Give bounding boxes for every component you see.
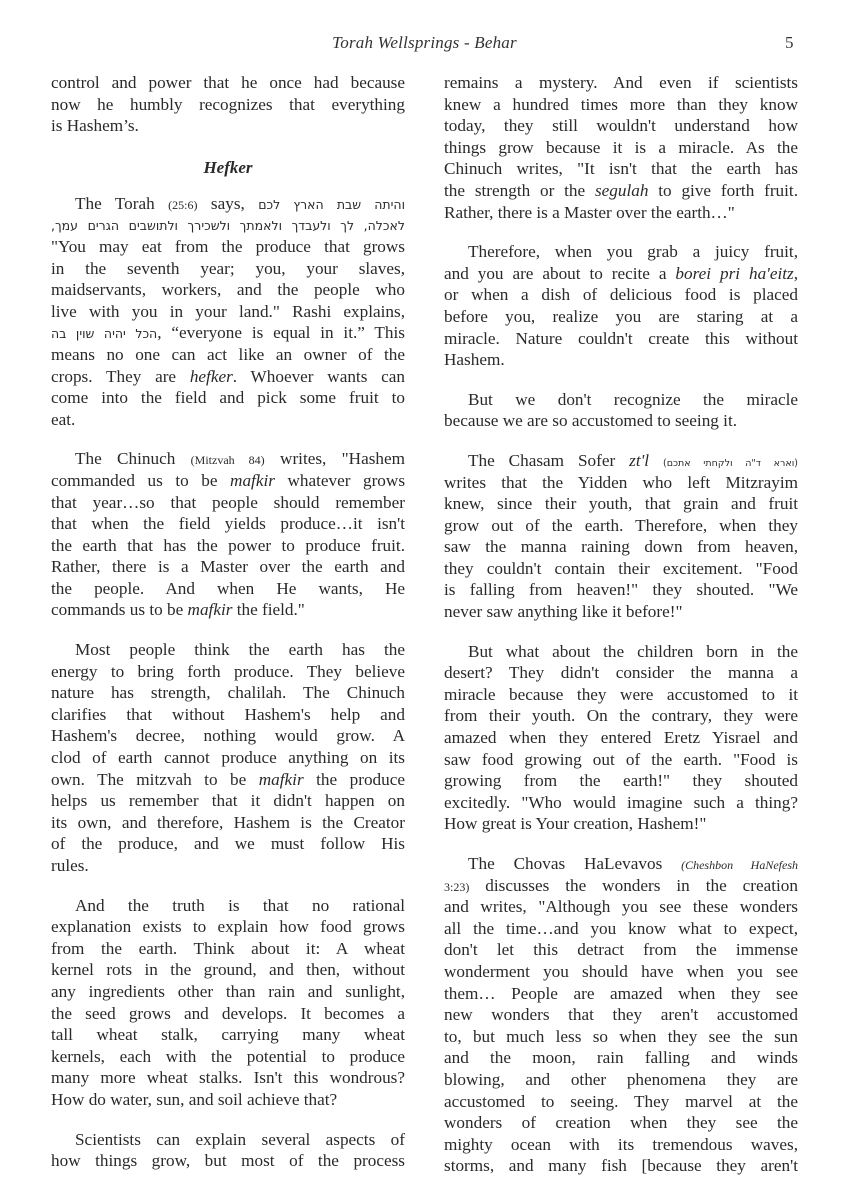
paragraph-chovas-halevavos: The Chovas HaLevavos (Cheshbon HaNefesh … <box>444 853 798 1177</box>
paragraph-most-people: Most people think the earth has the ener… <box>51 639 405 877</box>
italic-term: zt'l <box>629 451 649 470</box>
paragraph-continuation: control and power that he once had becau… <box>51 72 405 137</box>
paragraph-truth: And the truth is that no rational explan… <box>51 895 405 1111</box>
paragraph-chasam-sofer: The Chasam Sofer zt'l (וארא ד"ה ולקחתי א… <box>444 450 798 623</box>
page-number: 5 <box>785 33 794 53</box>
italic-term: borei pri ha'eitz <box>675 264 793 283</box>
paragraph-chinuch: The Chinuch (Mitzvah 84) writes, "Hashem… <box>51 448 405 621</box>
paragraph-scientists: Scientists can explain several aspects o… <box>51 1129 405 1172</box>
italic-term: mafkir <box>188 600 233 619</box>
paragraph-children-desert: But what about the children born in the … <box>444 641 798 835</box>
paragraph-juicy-fruit: Therefore, when you grab a juicy fruit, … <box>444 241 798 371</box>
source-reference: (25:6) <box>168 198 197 212</box>
section-heading-hefker: Hefker <box>51 157 405 179</box>
running-header-title: Torah Wellsprings - Behar <box>0 33 849 53</box>
hebrew-text: והיתה שבת הארץ לכם <box>258 197 405 212</box>
paragraph-mystery: remains a mystery. And even if scientist… <box>444 72 798 223</box>
paragraph-recognize: But we don't recognize the miracle becau… <box>444 389 798 432</box>
italic-term: segulah <box>595 181 648 200</box>
right-column: remains a mystery. And even if scientist… <box>444 72 798 1195</box>
source-reference: 3:23) <box>444 880 469 894</box>
italic-term: mafkir <box>259 770 304 789</box>
hebrew-text: הכל יהיה שוין בה <box>51 326 157 341</box>
source-reference: (Mitzvah 84) <box>191 453 265 467</box>
left-column: control and power that he once had becau… <box>51 72 405 1190</box>
hebrew-source-reference: (וארא ד"ה ולקחתי אתכם) <box>663 458 798 469</box>
hebrew-text: לאכלה, לך ולעבדך ולאמתך ולשכירך ולתושבים… <box>51 218 405 233</box>
source-reference: (Cheshbon HaNefesh <box>681 858 798 872</box>
italic-term: mafkir <box>230 471 275 490</box>
paragraph-torah-quote: The Torah (25:6) says, והיתה שבת הארץ לכ… <box>51 193 405 431</box>
italic-term: hefker <box>190 367 233 386</box>
